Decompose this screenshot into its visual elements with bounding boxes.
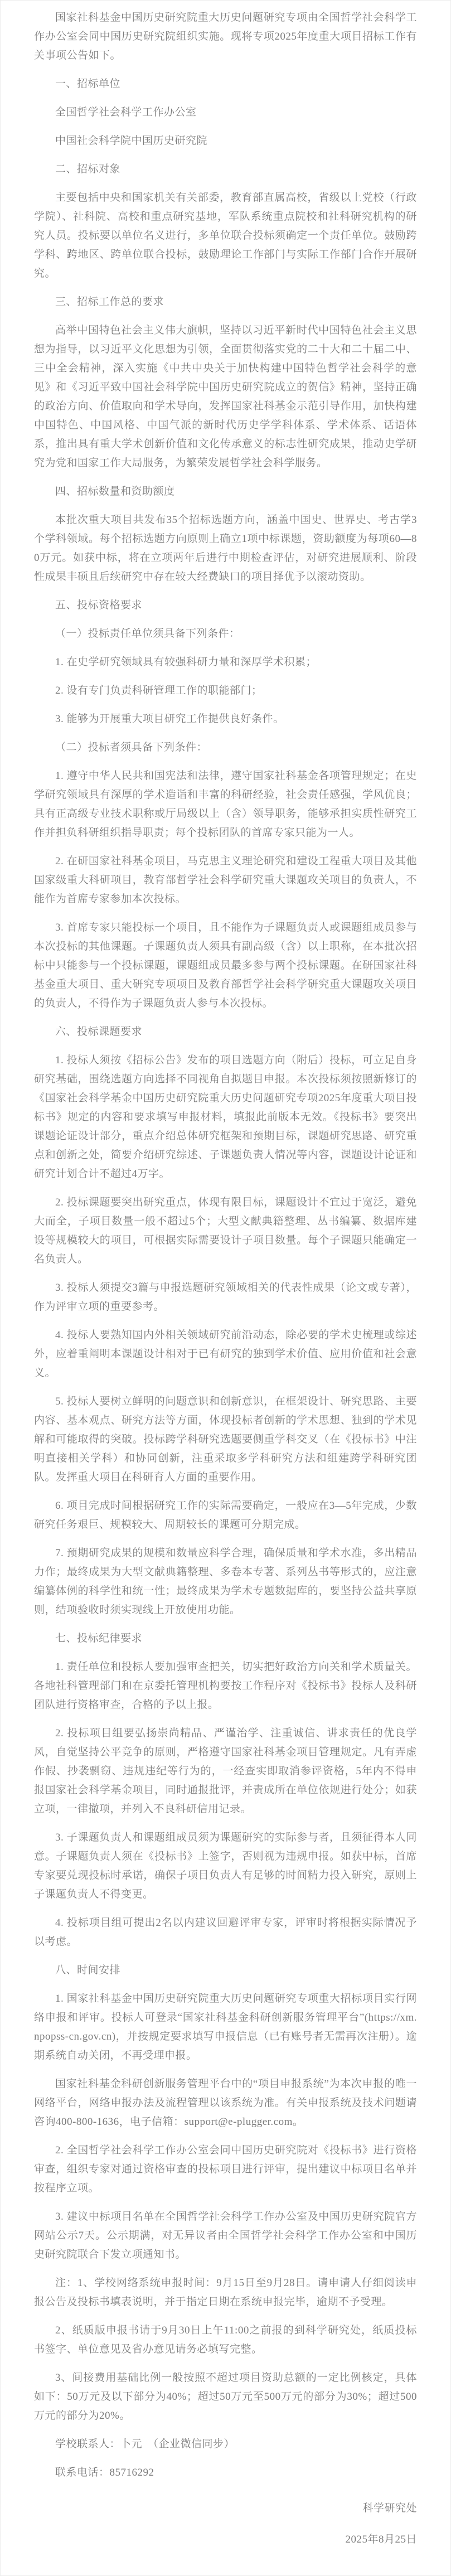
list-item: 3. 子课题负责人和课题组成员须为课题研究的实际参与者，且须征得本人同意。子课题… [34, 1828, 417, 1904]
list-item: 7. 预期研究成果的规模和数量应科学合理，确保质量和学术水准，多出精品力作；最终… [34, 1544, 417, 1620]
paragraph: （一）投标责任单位须具备下列条件： [34, 624, 417, 643]
section-heading: 一、招标单位 [34, 75, 417, 94]
list-item: 6. 项目完成时间根据研究工作的实际需要确定，一般应在3—5年完成，少数研究任务… [34, 1497, 417, 1534]
list-item: 1. 遵守中华人民共和国宪法和法律，遵守国家社科基金各项管理规定；在史学研究领域… [34, 767, 417, 842]
list-item: 1. 责任单位和投标人要加强审查把关，切实把好政治方向关和学术质量关。各地社科管… [34, 1658, 417, 1715]
list-item: 2. 投标项目组要弘扬崇尚精品、严谨治学、注重诚信、讲求责任的优良学风，自觉坚持… [34, 1724, 417, 1819]
paragraph: 主要包括中央和国家机关有关部委，教育部直属高校，省级以上党校（行政学院）、社科院… [34, 188, 417, 283]
section-heading: 六、投标课题要求 [34, 1023, 417, 1042]
list-item: 3. 建议中标项目名单在全国哲学社会科学工作办公室及中国历史研究院官方网站公示7… [34, 2207, 417, 2264]
paragraph: 国家社科基金科研创新服务管理平台中的“项目申报系统”为本次申报的唯一网络平台，网… [34, 2075, 417, 2132]
list-item: 1. 在史学研究领域具有较强科研力量和深厚学术积累； [34, 653, 417, 672]
section-heading: 二、招标对象 [34, 160, 417, 179]
list-item: 3. 首席专家只能投标一个项目，且不能作为子课题负责人或课题组成员参与本次投标的… [34, 918, 417, 1013]
section-heading: 七、投标纪律要求 [34, 1629, 417, 1648]
paragraph: 本批次重大项目共发布35个招标选题方向，涵盖中国史、世界史、考古学3个学科领域。… [34, 511, 417, 587]
list-item: 1. 国家社科基金中国历史研究院重大历史问题研究专项重大招标项目实行网络申报和评… [34, 1989, 417, 2065]
list-item: 4. 投标项目组可提出2名以内建议回避评审专家，评审时将根据实际情况予以考虑。 [34, 1914, 417, 1952]
paragraph: 全国哲学社会科学工作办公室 [34, 103, 417, 122]
intro-paragraph: 国家社科基金中国历史研究院重大历史问题研究专项由全国哲学社会科学工作办公室会同中… [34, 8, 417, 65]
section-heading: 三、招标工作总的要求 [34, 293, 417, 312]
list-item: 5. 投标人要树立鲜明的问题意识和创新意识，在框架设计、研究思路、主要内容、基本… [34, 1392, 417, 1487]
paragraph: （二）投标者须具备下列条件： [34, 738, 417, 757]
contact-phone: 联系电话：85716292 [34, 2463, 417, 2482]
section-heading: 八、时间安排 [34, 1961, 417, 1980]
list-item: 2. 投标课题要突出研究重点，体现有限目标，课题设计不宜过于宽泛，避免大而全，子… [34, 1193, 417, 1269]
note-item: 2、纸质版申报书请于9月30日上午11:00之前报的到科学研究处，纸质投标书签字… [34, 2321, 417, 2359]
note-item: 注：1、学校网络系统申报时间：9月15日至9月28日。请申请人仔细阅读申报公告及… [34, 2274, 417, 2312]
signature-department: 科学研究处 [34, 2499, 417, 2518]
notice-document: 国家社科基金中国历史研究院重大历史问题研究专项由全国哲学社会科学工作办公室会同中… [0, 0, 451, 2576]
paragraph: 高举中国特色社会主义伟大旗帜，坚持以习近平新时代中国特色社会主义思想为指导，以习… [34, 321, 417, 473]
list-item: 2. 全国哲学社会科学工作办公室会同中国历史研究院对《投标书》进行资格审查，组织… [34, 2141, 417, 2198]
signature-date: 2025年8月25日 [34, 2530, 417, 2549]
list-item: 2. 设有专门负责科研管理工作的职能部门； [34, 681, 417, 700]
section-heading: 四、招标数量和资助额度 [34, 482, 417, 501]
paragraph: 中国社会科学院中国历史研究院 [34, 132, 417, 151]
list-item: 3. 能够为开展重大项目研究工作提供良好条件。 [34, 710, 417, 729]
note-item: 3、间接费用基础比例一般按照不超过项目资助总额的一定比例核定，具体如下：50万元… [34, 2369, 417, 2425]
list-item: 3. 投标人须提交3篇与申报选题研究领域相关的代表性成果（论文或专著），作为评审… [34, 1279, 417, 1316]
contact-person: 学校联系人：卜元 （企业微信同步） [34, 2435, 417, 2454]
list-item: 4. 投标人要熟知国内外相关领域研究前沿动态，除必要的学术史梳理或综述外，应着重… [34, 1326, 417, 1383]
list-item: 1. 投标人须按《招标公告》发布的项目选题方向（附后）投标，可立足自身研究基础，… [34, 1051, 417, 1184]
section-heading: 五、投标资格要求 [34, 596, 417, 615]
list-item: 2. 在研国家社科基金项目，马克思主义理论研究和建设工程重大项目及其他国家级重大… [34, 852, 417, 909]
